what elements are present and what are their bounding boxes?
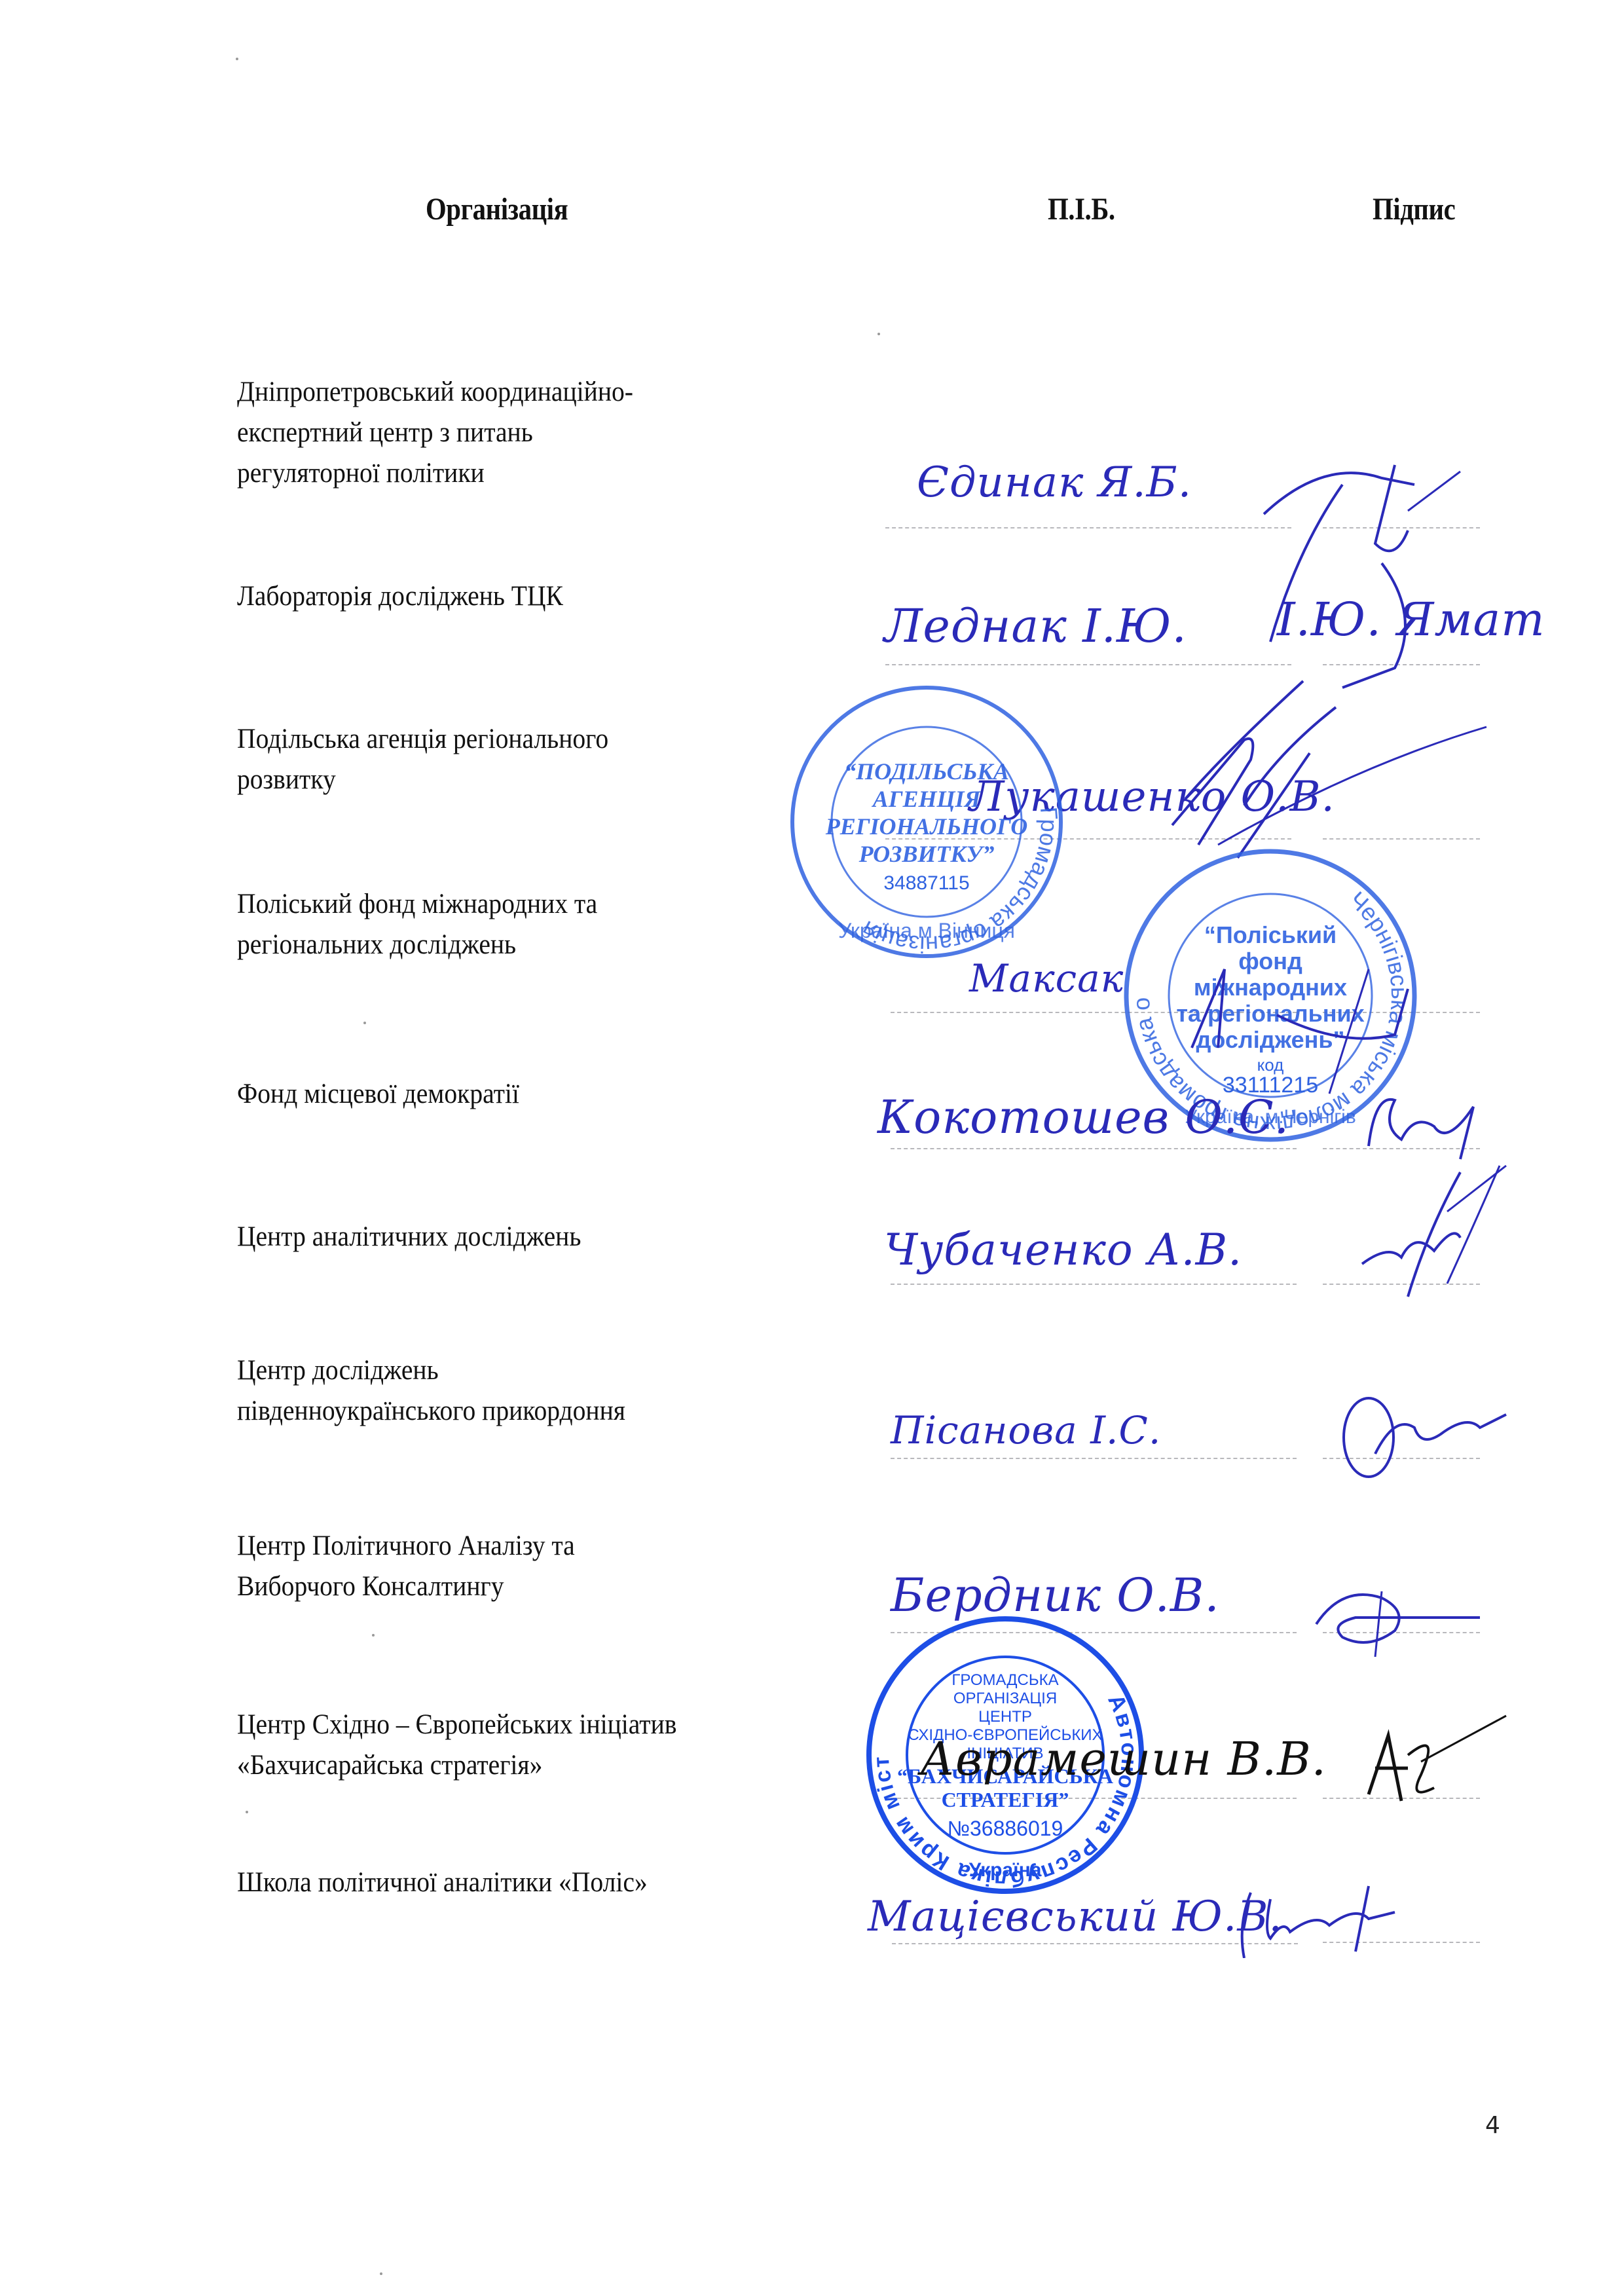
- signature-mark: [1336, 1388, 1519, 1487]
- svg-text:АГЕНЦІЯ: АГЕНЦІЯ: [872, 786, 982, 812]
- svg-text:РЕГІОНАЛЬНОГО: РЕГІОНАЛЬНОГО: [825, 813, 1028, 840]
- svg-text:ОРГАНІЗАЦІЯ: ОРГАНІЗАЦІЯ: [953, 1690, 1057, 1707]
- handwritten-name: Леднак І.Ю.: [884, 599, 1187, 653]
- organization-name: Центр Східно – Європейських ініціатив «Б…: [237, 1705, 676, 1786]
- organization-name: Центр Політичного Аналізу та Виборчого К…: [237, 1526, 575, 1607]
- column-header-full-name: П.І.Б.: [1048, 191, 1115, 227]
- scan-speck: [877, 333, 880, 335]
- organization-name: Подільська агенція регіонального розвитк…: [237, 719, 608, 800]
- signature-mark: [1231, 1879, 1441, 1958]
- handwritten-name: Аврамешин В.В.: [920, 1732, 1327, 1786]
- scan-speck: [372, 1634, 375, 1637]
- organization-name: Поліський фонд міжнародних та регіональн…: [237, 884, 597, 965]
- svg-text:34887115: 34887115: [883, 872, 969, 894]
- organization-name: Центр аналітичних досліджень: [237, 1217, 581, 1257]
- handwritten-name: Чубаченко А.В.: [884, 1225, 1242, 1275]
- organization-name: Дніпропетровський координаційно- експерт…: [237, 372, 633, 494]
- scan-speck: [236, 58, 238, 60]
- handwritten-name: Мацієвський Ю.В.: [868, 1893, 1283, 1941]
- signature-mark: [1349, 1153, 1519, 1310]
- svg-text:“ПОДІЛЬСЬКА: “ПОДІЛЬСЬКА: [844, 758, 1009, 785]
- organization-name: Лабораторія досліджень ТЦК: [237, 576, 563, 617]
- svg-text:№36886019: №36886019: [948, 1817, 1063, 1840]
- organization-name: Фонд місцевої демократії: [237, 1074, 519, 1115]
- svg-text:ГРОМАДСЬКА: ГРОМАДСЬКА: [951, 1671, 1058, 1689]
- name-line: [885, 527, 1291, 528]
- signature-mark: [1349, 1703, 1519, 1814]
- handwritten-name: Пісанова І.С.: [891, 1408, 1161, 1453]
- organization-name: Центр досліджень південноукраїнського пр…: [237, 1350, 625, 1432]
- scan-speck: [363, 1022, 366, 1024]
- name-line: [891, 1458, 1297, 1459]
- scan-speck: [246, 1811, 248, 1813]
- signature-mark: [1172, 943, 1421, 1100]
- handwritten-name: Максак: [969, 956, 1124, 1001]
- organization-name: Школа політичної аналітики «Поліс»: [237, 1862, 648, 1903]
- organization-stamp: Громадська організація Україна м Вінниця…: [786, 681, 1067, 963]
- svg-text:Україна м Вінниця: Україна м Вінниця: [838, 919, 1015, 942]
- document-page: Організація П.І.Б. Підпис Дніпропетровсь…: [0, 0, 1624, 2296]
- page-number: 4: [1485, 2112, 1500, 2139]
- column-header-organization: Організація: [426, 191, 568, 227]
- name-line: [891, 1284, 1297, 1285]
- signature-mark: [1303, 1572, 1500, 1663]
- scan-speck: [380, 2272, 382, 2275]
- handwritten-name: Кокотошев О.С.: [877, 1090, 1289, 1144]
- svg-text:Україна: Україна: [969, 1859, 1042, 1881]
- handwritten-name: Єдинак Я.Б.: [917, 458, 1192, 507]
- column-header-signature: Підпис: [1373, 191, 1455, 227]
- svg-text:СТРАТЕГІЯ”: СТРАТЕГІЯ”: [942, 1788, 1069, 1811]
- name-line: [891, 1148, 1297, 1149]
- svg-text:РОЗВИТКУ”: РОЗВИТКУ”: [858, 841, 995, 867]
- svg-text:ЦЕНТР: ЦЕНТР: [978, 1708, 1032, 1726]
